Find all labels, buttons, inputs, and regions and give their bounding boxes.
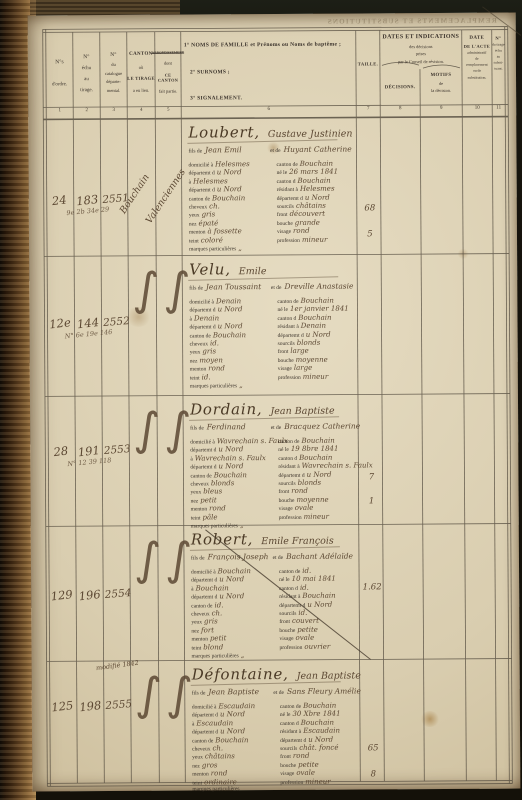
field-label: nez [189,221,197,227]
field-label: bouche [280,763,296,769]
entry-canton-field: Bouchain [214,471,247,479]
entry-yeux: gris [202,348,216,356]
entry-canton-domicile: Bouchain [303,702,336,710]
field-label: départemt d [278,332,304,338]
entry-nez: petit [200,496,217,504]
entry-front: large [290,347,308,355]
entry-canton-domicile: Bouchain [300,160,333,168]
entry-sourcils: blonds [297,339,321,347]
field-label: départemt d [190,448,216,454]
entry-firstnames: Emile [239,266,267,277]
field-label: front [280,754,291,760]
entry-profession: ouvrier [304,642,330,650]
field-label: né le [278,447,289,453]
entry-taille-2: 8 [360,769,386,779]
register-entry: 12e 144 2552 N° 6e 19e 146 ∫ ∫ Velu Emil… [29,254,518,397]
field-label: menton [189,230,206,236]
field-label: marques particulières [189,246,236,252]
entry-mother: Sans Fleury Amélie [287,686,361,695]
entry-canton-domicile: Bouchain [301,437,334,445]
entry-cheveux: ch. [212,609,223,617]
entry-father: Jean Baptiste [208,687,270,696]
field-label: marques particulières [192,786,239,792]
entry-departement: u Nord [217,169,242,177]
entry-canton-domicile: id. [302,567,311,575]
register-entry: 129 196 2554 ∫ ∫ Robert Emile François f… [31,524,520,662]
entry-canton-naissance: Bouchain [298,313,331,321]
entry-departement-2: u Nord [218,322,243,330]
field-label: nez [191,498,199,504]
field-label: menton [190,367,207,373]
field-label: yeux [191,620,202,626]
field-label: front [279,489,290,495]
signalement-right-column: canton deBouchain né le30 Xbre 1841 cant… [280,701,363,785]
field-label: menton [192,772,209,778]
entry-cheveux: blonds [211,479,235,487]
signalement-right-column: canton deBouchain né le19 8bre 1841 cant… [278,436,361,520]
field-label: né le [280,712,291,718]
entry-number-row: 125 198 2555 [48,699,134,714]
entry-canton-field: Bouchain [215,736,248,744]
entry-menton: petit [210,634,227,642]
fils-de-label: fils de [192,690,206,696]
entry-canton-field: Bouchain [212,194,245,202]
field-label: bouche [277,221,293,227]
entry-firstnames: Jean Baptiste [297,670,361,681]
entry-canton-domicile: Bouchain [301,297,334,305]
entry-birthdate: 19 8bre 1841 [291,445,339,453]
field-label: visage [277,229,291,235]
entry-departement-3: u Nord [307,470,332,478]
entry-surname: Robert [191,530,253,548]
entry-firstnames: Jean Baptiste [270,406,334,417]
entry-canton-ditto-mark: ∫ [132,265,160,313]
entry-yeux: gris [202,211,216,219]
entry-teint: id. [202,373,211,381]
field-label: yeux [190,350,201,356]
entry-domicile: Escaudain [218,702,255,710]
entry-mother: Bracquez Catherine [284,421,360,430]
field-label: départemt d [190,465,216,471]
entry-parents-line: fils de Jean Baptiste et de Sans Fleury … [192,686,362,696]
field-label: canton de [192,738,213,744]
entry-domicile: Helesmes [215,160,250,168]
signalement-right-column: canton deid. né le10 mai 1841 canton did… [279,566,362,650]
entry-profession: mineur [304,512,329,520]
field-label: visage [279,506,293,512]
entry-ordre: 125 [47,698,77,715]
entry-number-row: 12e 144 2552 N° 6e 19e 146 [45,316,131,339]
et-de-label: et de [271,425,282,431]
entry-bouche: moyenne [296,495,328,503]
entry-tirage-number: 198 [76,698,104,715]
field-label: teint [191,645,201,651]
field-label: menton [191,507,208,513]
field-label: cheveux [191,611,209,617]
field-label: cheveux [190,481,208,487]
field-label: résidant à [280,729,301,735]
fils-de-label: fils de [190,425,204,431]
entry-residence: Escaudain [303,727,340,735]
et-de-label: et de [271,285,282,291]
field-label: visage [278,366,292,372]
entry-parents-line: fils de Ferdinand et de Bracquez Catheri… [190,421,360,431]
field-label: profession [278,374,301,380]
field-label: canton de [279,569,300,575]
entry-profession: mineur [302,235,327,243]
et-de-label: et de [273,555,284,561]
entry-taille: 68 [357,203,383,213]
field-label: à [190,456,192,462]
entry-visage: large [294,364,312,372]
signalement-left-column: domicilié àWavrechain s. Faulx départemt… [190,437,278,530]
field-label: nez [190,358,198,364]
entry-birthplace: Denain [194,314,219,322]
field-label: résidant à [278,324,299,330]
field-label: teint [192,780,202,786]
entry-departement: u Nord [218,306,243,314]
field-label: domicilié à [192,704,217,710]
field-label: cheveux [190,341,208,347]
field-label: marques particulières [190,383,237,389]
field-label: canton de [190,473,211,479]
field-label: teint [189,238,199,244]
entry-taille-2: 1 [359,496,385,506]
field-label: front [277,212,288,218]
entry-departement-2: u Nord [218,462,243,470]
entry-parents-line: fils de Jean Emil et de Huyant Catherine [188,144,358,154]
entry-yeux: bleus [203,488,222,496]
entry-marques: „ [239,381,243,389]
entry-taille: 7 [358,472,384,482]
entry-cheveux: id. [210,339,219,347]
field-label: sourcils [277,204,294,210]
entry-bouche: petite [298,760,319,768]
entry-parents-line: fils de François Joseph et de Bachant Ad… [191,551,361,561]
entry-canton-ditto-mark: ∫ [134,535,162,583]
entry-canton-ditto-mark: ∫ [133,405,161,453]
entry-father: Jean Emil [205,145,267,154]
signalement-right-column: canton deBouchain né le26 mars 1841 cant… [277,159,360,243]
entry-arrondissement-ditto-mark: ∫ [166,670,194,718]
field-label: bouche [279,498,295,504]
field-label: bouche [278,358,294,364]
entry-arrondissement-ditto-mark: ∫ [163,265,191,313]
field-label: départemt d [191,578,217,584]
entry-departement-2: u Nord [219,592,244,600]
fils-de-label: fils de [189,285,203,291]
entry-birthdate: 1er janvier 1841 [290,305,349,313]
entry-visage: ovale [295,634,314,642]
entry-menton: rond [209,504,226,512]
entry-father: Jean Toussaint [206,282,268,291]
entry-surname: Velu [189,260,231,278]
entry-birthplace: Escaudain [196,719,233,727]
field-label: nez [191,628,199,634]
entry-taille-2: 5 [357,229,383,239]
signalement-left-column: domicilié àDenain départemt du Nord àDen… [189,297,277,390]
field-label: front [279,619,290,625]
entry-menton: rond [211,769,228,777]
entry-teint: ordinaire [204,778,237,786]
entry-ordre: 129 [46,587,76,604]
entries-layer: 24 183 2551 9e 2b 34e 29 Bouchain Valenc… [28,13,521,792]
entry-marques: „ [238,244,242,252]
entry-cheveux: ch. [209,202,220,210]
entry-mother: Dreville Anastasie [284,282,353,291]
entry-canton-naissance: id. [300,584,309,592]
field-label: canton de [280,704,301,710]
entry-visage: rond [293,227,310,235]
entry-canton-naissance: Bouchain [297,176,330,184]
entry-mother: Bachant Adélaïde [286,552,353,561]
entry-name-line: Velu Emile [189,260,266,279]
entry-canton-naissance: Bouchain [301,718,334,726]
field-label: profession [279,514,302,520]
book-top-edge [30,0,180,15]
fils-de-label: fils de [191,555,205,561]
entry-departement-3: u Nord [306,330,331,338]
entry-canton-ditto-mark: ∫ [135,670,163,718]
entry-surname: Défontaine [192,665,289,684]
entry-residence: Bouchain [302,592,335,600]
field-label: départemt d [191,595,217,601]
field-label: sourcils [279,611,296,617]
entry-birthplace: Wavrechain s. Faulx [195,454,266,462]
entry-residence: Wavrechain s. Faulx [302,462,373,470]
entry-birthplace: Bouchain [196,584,229,592]
entry-catalogue-number: 2555 [103,698,134,714]
entry-departement: u Nord [220,711,245,719]
field-label: canton de [191,603,212,609]
field-label: canton de [277,162,298,168]
field-label: profession [279,644,302,650]
field-label: né le [277,307,288,313]
field-label: sourcils [278,341,295,347]
field-label: départemt d [189,188,215,194]
entry-front: couvert [292,617,319,625]
entry-nez: gros [202,761,218,769]
field-label: domicilié à [189,299,214,305]
fils-de-label: fils de [188,148,202,154]
entry-yeux: châtains [205,753,235,761]
field-label: canton de [278,439,299,445]
field-label: nez [192,763,200,769]
entry-marques: „ [241,651,245,659]
field-label: résidant à [278,464,299,470]
field-label: départemt d [277,195,303,201]
entry-birthdate: 26 mars 1841 [289,168,338,176]
entry-catalogue-number: 2554 [103,587,134,603]
field-label: domicilié à [190,439,215,445]
entry-departement-3: u Nord [307,600,332,608]
entry-birthplace: Helesmes [193,177,228,185]
field-label: yeux [191,490,202,496]
entry-bouche: petite [297,625,318,633]
book-scan: REMPLACEMENTS ET SUBSTITUTIONS [0,0,522,800]
field-label: yeux [192,755,203,761]
field-label: teint [191,515,201,521]
entry-departement-3: u Nord [305,193,330,201]
entry-nez: fort [201,626,214,634]
entry-number-row: 28 191 2553 N° 12 39 118 [46,444,132,467]
entry-visage: ovale [296,769,315,777]
entry-teint: coloré [201,236,223,244]
entry-front: découvert [290,210,326,218]
entry-margin-note [93,109,192,122]
field-label: départemt d [189,171,215,177]
entry-nez: moyen [199,356,223,364]
register-page: REMPLACEMENTS ET SUBSTITUTIONS [28,13,521,792]
entry-birthdate: 10 mai 1841 [292,575,336,583]
field-label: départemt d [278,472,304,478]
field-label: canton d [277,179,296,185]
field-label: canton d [280,721,299,727]
entry-departement: u Nord [218,446,243,454]
entry-taille: 65 [360,743,386,753]
field-label: sourcils [278,481,295,487]
entry-number-row: 24 183 2551 9e 2b 34e 29 [45,193,131,216]
entry-menton: rond [208,364,225,372]
signalement-left-column: domicilié àHelesmes départemt du Nord àH… [189,160,277,253]
entry-departement-3: u Nord [308,735,333,743]
entry-residence: Denain [301,322,326,330]
entry-mother: Huyant Catherine [284,145,352,154]
register-entry: 24 183 2551 9e 2b 34e 29 Bouchain Valenc… [28,117,517,257]
entry-sourcils: blonds [298,479,322,487]
entry-parents-line: fils de Jean Toussaint et de Dreville An… [189,281,359,291]
entry-front: rond [293,752,310,760]
entry-nez: épaté [199,219,219,227]
entry-residence: Helesmes [300,185,335,193]
entry-arrondissement-ditto-mark: ∫ [165,535,193,583]
field-label: à [192,721,194,727]
et-de-label: et de [270,148,281,154]
entry-surname: Loubert [188,123,260,141]
field-label: marques particulières [192,653,239,659]
field-label: visage [279,636,293,642]
entry-departement-2: u Nord [217,185,242,193]
entry-sourcils: châtains [296,202,326,210]
field-label: cheveux [192,746,210,752]
field-label: départemt d [192,713,218,719]
register-entry: 125 198 2555 ∫ ∫ modifié 1842 Défontaine… [32,659,521,784]
field-label: domicilié à [189,162,214,168]
signalement-left-column: domicilié àEscaudain départemt du Nord à… [192,702,280,795]
entry-menton: à fossette [207,227,241,235]
entry-canton-field: id. [214,601,223,609]
entry-front: rond [291,487,308,495]
field-label: départemt d [189,308,215,314]
field-label: visage [280,771,294,777]
field-label: à [189,316,191,322]
field-label: canton de [189,196,210,202]
entry-tirage-number: 196 [75,587,103,604]
field-label: menton [191,637,208,643]
entry-surname: Dordain [190,400,263,418]
entry-firstnames: Gustave Justinien [268,129,353,141]
field-label: né le [279,577,290,583]
entry-visage: ovale [295,504,314,512]
field-label: profession [277,237,300,243]
signalement-right-column: canton deBouchain né le1er janvier 1841 … [277,296,360,380]
entry-cheveux: ch. [212,744,223,752]
entry-taille: 1.62 [359,582,385,592]
field-label: teint [190,375,200,381]
field-label: départemt d [192,730,218,736]
et-de-label: et de [273,690,284,696]
field-label: canton d [278,456,297,462]
entry-ordre: 12e [45,315,75,332]
register-entry: 28 191 2553 N° 12 39 118 ∫ ∫ Dordain Jea… [30,394,519,527]
field-label: domicilié à [191,569,216,575]
field-label: né le [277,170,288,176]
entry-father: Ferdinand [207,422,268,431]
field-label: départemt d [280,737,306,743]
entry-domicile: Denain [216,297,241,305]
field-label: yeux [189,213,200,219]
field-label: départemt d [190,325,216,331]
entry-number-row: 129 196 2554 [47,588,133,603]
field-label: canton de [190,333,211,339]
entry-profession: mineur [305,777,330,785]
signalement-left-column: domicilié àBouchain départemt du Nord àB… [191,567,279,660]
entry-ordre: 28 [46,443,76,460]
field-label: à [189,179,191,185]
entry-teint: pâle [202,513,217,521]
entry-ordre: 24 [44,192,74,209]
field-label: front [278,349,289,355]
entry-profession: mineur [303,372,328,380]
entry-departement-2: u Nord [220,727,245,735]
entry-bouche: grande [295,218,320,226]
entry-canton-field: Bouchain [213,331,246,339]
entry-domicile: Bouchain [218,567,251,575]
entry-firstnames: Emile François [261,536,334,547]
field-label: cheveux [189,204,207,210]
entry-yeux: gris [204,618,218,626]
field-label: résidant à [277,187,298,193]
field-label: à [191,586,193,592]
field-label: bouche [279,628,295,634]
entry-birthdate: 30 Xbre 1841 [292,710,340,718]
entry-arrondissement: Valenciennes [144,167,188,226]
entry-arrondissement-ditto-mark: ∫ [164,405,192,453]
entry-bouche: moyenne [296,355,328,363]
entry-departement: u Nord [219,576,244,584]
field-label: canton d [277,316,296,322]
entry-teint: blond [203,643,223,651]
field-label: canton de [277,299,298,305]
field-label: sourcils [280,746,297,752]
field-label: profession [280,779,303,785]
entry-canton-naissance: Bouchain [299,453,332,461]
entry-sourcils: chât. foncé [299,744,338,752]
